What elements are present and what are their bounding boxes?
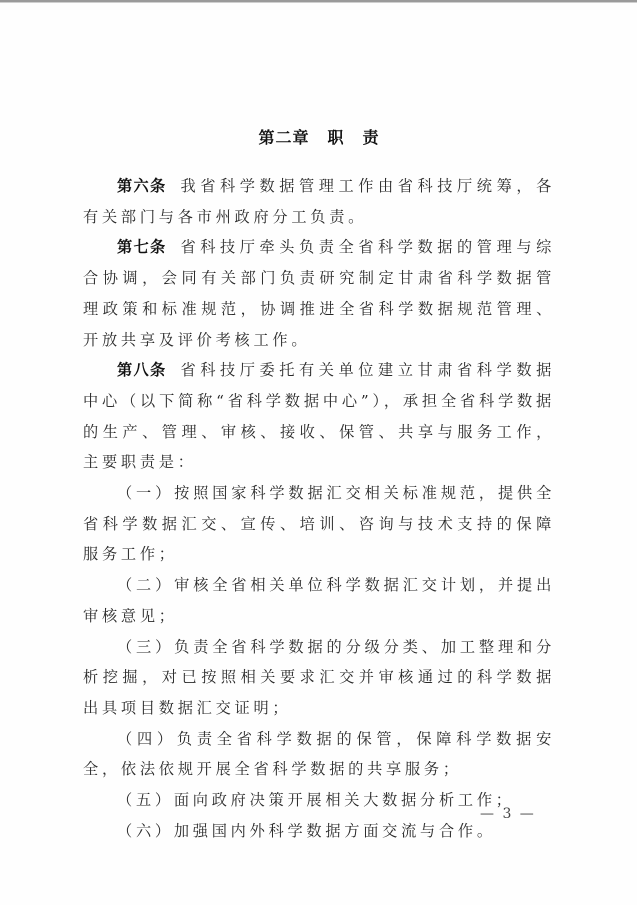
chapter-title: 第二章职责 [83,124,555,152]
article-7: 第七条省科技厅牵头负责全省科学数据的管理与综合协调，会同有关部门负责研究制定甘肃… [83,232,555,355]
top-border [0,0,637,3]
duty-item-4: （四）负责全省科学数据的保管，保障科学数据安全，依法依规开展全省科学数据的共享服… [83,724,555,785]
duty-item-1: （一）按照国家科学数据汇交相关标准规范，提供全省科学数据汇交、宣传、培训、咨询与… [83,478,555,570]
article-number: 第七条 [117,238,167,256]
article-6: 第六条我省科学数据管理工作由省科技厅统筹，各有关部门与各市州政府分工负责。 [83,171,555,232]
document-page: 第二章职责 第六条我省科学数据管理工作由省科技厅统筹，各有关部门与各市州政府分工… [83,124,555,846]
article-number: 第八条 [117,361,167,379]
duty-item-3: （三）负责全省科学数据的分级分类、加工整理和分析挖掘，对已按照相关要求汇交并审核… [83,632,555,724]
article-number: 第六条 [117,177,167,195]
chapter-number: 第二章 [258,128,309,147]
chapter-title-part1: 职 [327,128,344,147]
duty-item-2: （二）审核全省相关单位科学数据汇交计划，并提出审核意见； [83,570,555,631]
article-8: 第八条省科技厅委托有关单位建立甘肃省科学数据中心（以下简称“省科学数据中心”），… [83,355,555,478]
page-number: — 3 — [480,806,536,822]
chapter-title-part2: 责 [363,128,380,147]
